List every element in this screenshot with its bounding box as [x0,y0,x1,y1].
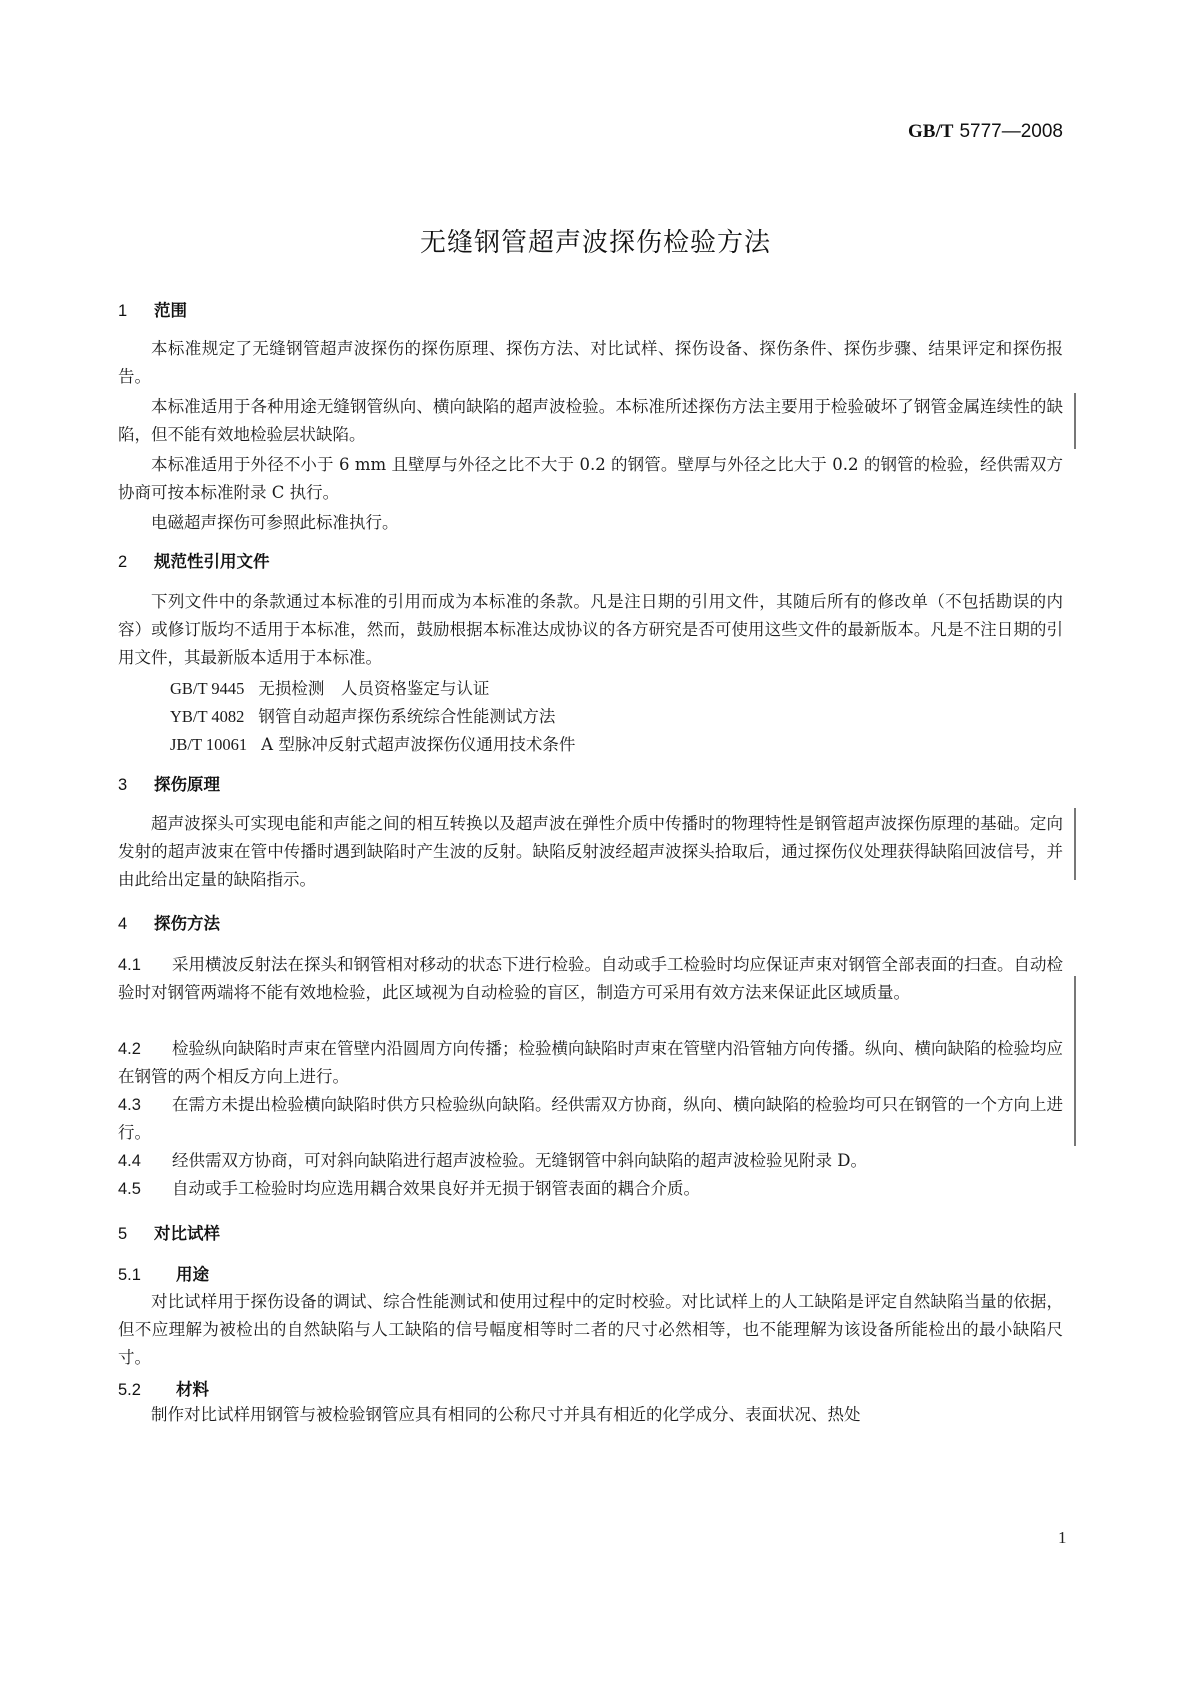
standard-code: GB/T 5777—2008 [908,120,1063,143]
section-4-heading: 4探伤方法 [118,910,220,934]
section-2-heading: 2规范性引用文件 [118,548,270,572]
subsection-5-1-para: 对比试样用于探伤设备的调试、综合性能测试和使用过程中的定时校验。对比试样上的人工… [118,1288,1063,1372]
reference-title: 钢管自动超声探伤系统综合性能测试方法 [258,707,555,726]
section-2-intro: 下列文件中的条款通过本标准的引用而成为本标准的条款。凡是注日期的引用文件，其随后… [118,588,1063,672]
clause-number: 4.3 [118,1091,172,1119]
clause-number: 4.4 [118,1147,172,1175]
normative-reference: GB/T 9445无损检测 人员资格鉴定与认证 [170,675,489,699]
normative-reference: YB/T 4082钢管自动超声探伤系统综合性能测试方法 [170,703,555,727]
clause-4-4: 4.4经供需双方协商，可对斜向缺陷进行超声波检验。无缝钢管中斜向缺陷的超声波检验… [118,1147,1063,1175]
reference-code: JB/T 10061 [170,735,247,755]
section-1-para-2: 本标准适用于各种用途无缝钢管纵向、横向缺陷的超声波检验。本标准所述探伤方法主要用… [118,393,1063,449]
subsection-number: 5.2 [118,1381,176,1400]
subsection-title: 材料 [176,1380,209,1399]
clause-text: 经供需双方协商，可对斜向缺陷进行超声波检验。无缝钢管中斜向缺陷的超声波检验见附录… [172,1151,867,1170]
subsection-5-2-para: 制作对比试样用钢管与被检验钢管应具有相同的公称尺寸并具有相近的化学成分、表面状况… [118,1401,1063,1429]
section-title: 探伤原理 [154,775,220,794]
section-1-heading: 1范围 [118,297,187,321]
section-number: 4 [118,915,154,934]
subsection-5-1-heading: 5.1用途 [118,1261,209,1285]
clause-4-1: 4.1采用横波反射法在探头和钢管相对移动的状态下进行检验。自动或手工检验时均应保… [118,951,1063,1007]
reference-title: A 型脉冲反射式超声波探伤仪通用技术条件 [261,735,575,754]
document-title: 无缝钢管超声波探伤检验方法 [0,222,1191,259]
clause-number: 4.5 [118,1175,172,1203]
clause-text: 自动或手工检验时均应选用耦合效果良好并无损于钢管表面的耦合介质。 [172,1179,700,1198]
section-number: 3 [118,776,154,795]
subsection-5-2-heading: 5.2材料 [118,1376,209,1400]
clause-text: 在需方未提出检验横向缺陷时供方只检验纵向缺陷。经供需双方协商，纵向、横向缺陷的检… [118,1095,1063,1142]
section-number: 2 [118,553,154,572]
clause-4-5: 4.5自动或手工检验时均应选用耦合效果良好并无损于钢管表面的耦合介质。 [118,1175,1063,1203]
section-title: 范围 [154,301,187,320]
section-title: 规范性引用文件 [154,552,270,571]
section-1-para-3: 本标准适用于外径不小于 6 mm 且壁厚与外径之比不大于 0.2 的钢管。壁厚与… [118,451,1063,507]
section-1-para-4: 电磁超声探伤可参照此标准执行。 [118,509,1063,537]
section-3-para: 超声波探头可实现电能和声能之间的相互转换以及超声波在弹性介质中传播时的物理特性是… [118,810,1063,894]
section-1-para-1: 本标准规定了无缝钢管超声波探伤的探伤原理、探伤方法、对比试样、探伤设备、探伤条件… [118,335,1063,391]
section-3-heading: 3探伤原理 [118,771,220,795]
subsection-number: 5.1 [118,1266,176,1285]
clause-4-2: 4.2检验纵向缺陷时声束在管壁内沿圆周方向传播；检验横向缺陷时声束在管壁内沿管轴… [118,1035,1063,1091]
section-5-heading: 5对比试样 [118,1220,220,1244]
clause-4-3: 4.3在需方未提出检验横向缺陷时供方只检验纵向缺陷。经供需双方协商，纵向、横向缺… [118,1091,1063,1147]
standard-number: 5777—2008 [959,121,1063,142]
subsection-title: 用途 [176,1265,209,1284]
clause-number: 4.2 [118,1035,172,1063]
section-number: 5 [118,1225,154,1244]
change-bar [1074,976,1076,1146]
clause-number: 4.1 [118,951,172,979]
clause-text: 采用横波反射法在探头和钢管相对移动的状态下进行检验。自动或手工检验时均应保证声束… [118,955,1063,1002]
clause-text: 检验纵向缺陷时声束在管壁内沿圆周方向传播；检验横向缺陷时声束在管壁内沿管轴方向传… [118,1039,1063,1086]
change-bar [1074,393,1076,449]
change-bar [1074,808,1076,880]
reference-code: YB/T 4082 [170,707,244,727]
section-title: 探伤方法 [154,914,220,933]
reference-code: GB/T 9445 [170,679,244,699]
section-number: 1 [118,302,154,321]
standard-prefix: GB/T [908,121,953,142]
reference-title: 无损检测 人员资格鉴定与认证 [258,679,489,698]
section-title: 对比试样 [154,1224,220,1243]
normative-reference: JB/T 10061A 型脉冲反射式超声波探伤仪通用技术条件 [170,731,575,755]
page-number: 1 [1058,1528,1067,1548]
